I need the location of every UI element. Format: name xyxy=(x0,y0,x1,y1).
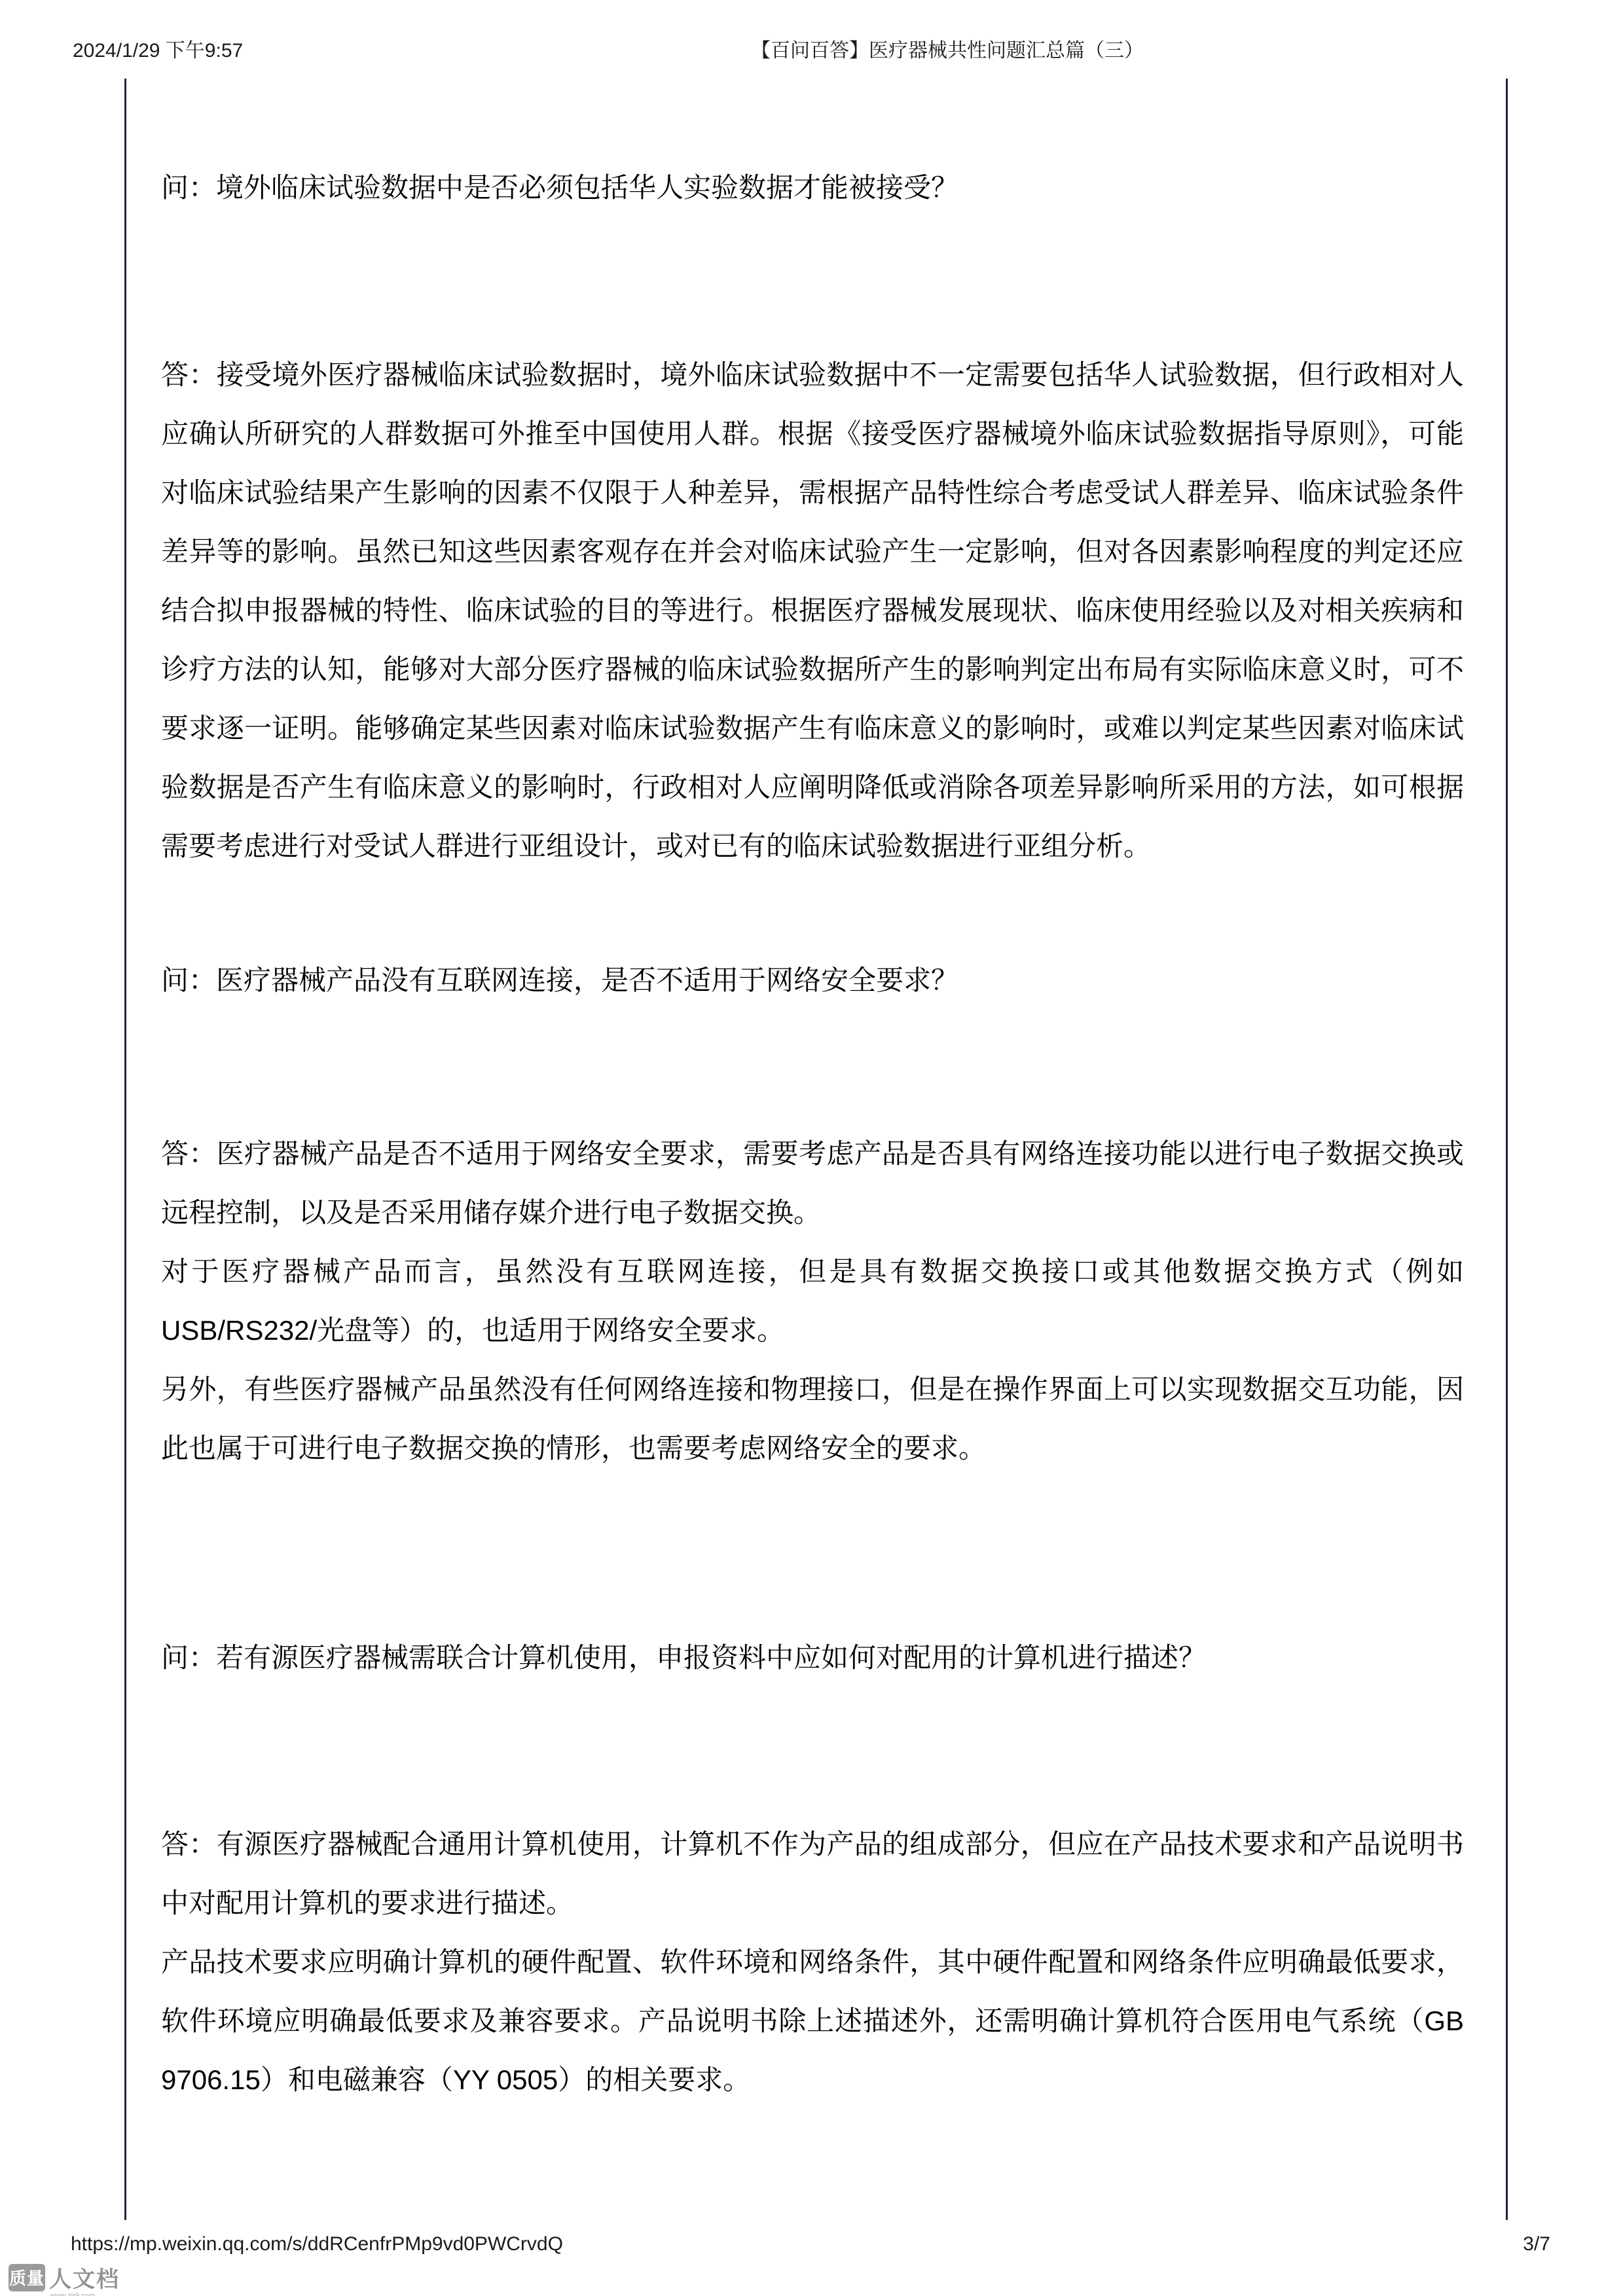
watermark-badge: 质量 xyxy=(9,2264,45,2291)
print-datetime: 2024/1/29 下午9:57 xyxy=(73,34,243,63)
watermark-logo: 质量 人文档 www.zlr9.com xyxy=(9,2261,139,2296)
answer-1: 答：接受境外医疗器械临床试验数据时，境外临床试验数据中不一定需要包括华人试验数据… xyxy=(161,346,1464,876)
answer-2-paragraph: 另外，有些医疗器械产品虽然没有任何网络连接和物理接口，但是在操作界面上可以实现数… xyxy=(161,1360,1464,1478)
answer-2: 答：医疗器械产品是否不适用于网络安全要求，需要考虑产品是否具有网络连接功能以进行… xyxy=(161,1124,1464,1478)
printed-document-page: { "header": { "datetime": "2024/1/29 下午9… xyxy=(0,0,1623,2296)
article-content: 问：境外临床试验数据中是否必须包括华人实验数据才能被接受？ 答：接受境外医疗器械… xyxy=(126,158,1506,2109)
answer-1-paragraph: 答：接受境外医疗器械临床试验数据时，境外临床试验数据中不一定需要包括华人试验数据… xyxy=(161,346,1464,876)
print-footer: https://mp.weixin.qq.com/s/ddRCenfrPMp9v… xyxy=(0,2233,1623,2262)
answer-3-paragraph: 答：有源医疗器械配合通用计算机使用，计算机不作为产品的组成部分，但应在产品技术要… xyxy=(161,1815,1464,1933)
answer-2-paragraph: 答：医疗器械产品是否不适用于网络安全要求，需要考虑产品是否具有网络连接功能以进行… xyxy=(161,1124,1464,1242)
document-title: 【百问百答】医疗器械共性问题汇总篇（三） xyxy=(751,34,1144,63)
print-header: 2024/1/29 下午9:57 【百问百答】医疗器械共性问题汇总篇（三） xyxy=(0,34,1623,63)
answer-2-paragraph: 对于医疗器械产品而言，虽然没有互联网连接，但是具有数据交换接口或其他数据交换方式… xyxy=(161,1242,1464,1360)
article-frame: 问：境外临床试验数据中是否必须包括华人实验数据才能被接受？ 答：接受境外医疗器械… xyxy=(124,79,1508,2220)
answer-3: 答：有源医疗器械配合通用计算机使用，计算机不作为产品的组成部分，但应在产品技术要… xyxy=(161,1815,1464,2109)
watermark-name: 人文档 xyxy=(49,2261,120,2293)
page-number: 3/7 xyxy=(1523,2233,1550,2255)
question-1: 问：境外临床试验数据中是否必须包括华人实验数据才能被接受？ xyxy=(161,158,1464,217)
question-3: 问：若有源医疗器械需联合计算机使用，申报资料中应如何对配用的计算机进行描述？ xyxy=(161,1628,1464,1687)
answer-3-paragraph: 产品技术要求应明确计算机的硬件配置、软件环境和网络条件，其中硬件配置和网络条件应… xyxy=(161,1933,1464,2109)
question-2: 问：医疗器械产品没有互联网连接，是否不适用于网络安全要求？ xyxy=(161,951,1464,1010)
source-url: https://mp.weixin.qq.com/s/ddRCenfrPMp9v… xyxy=(71,2233,563,2255)
